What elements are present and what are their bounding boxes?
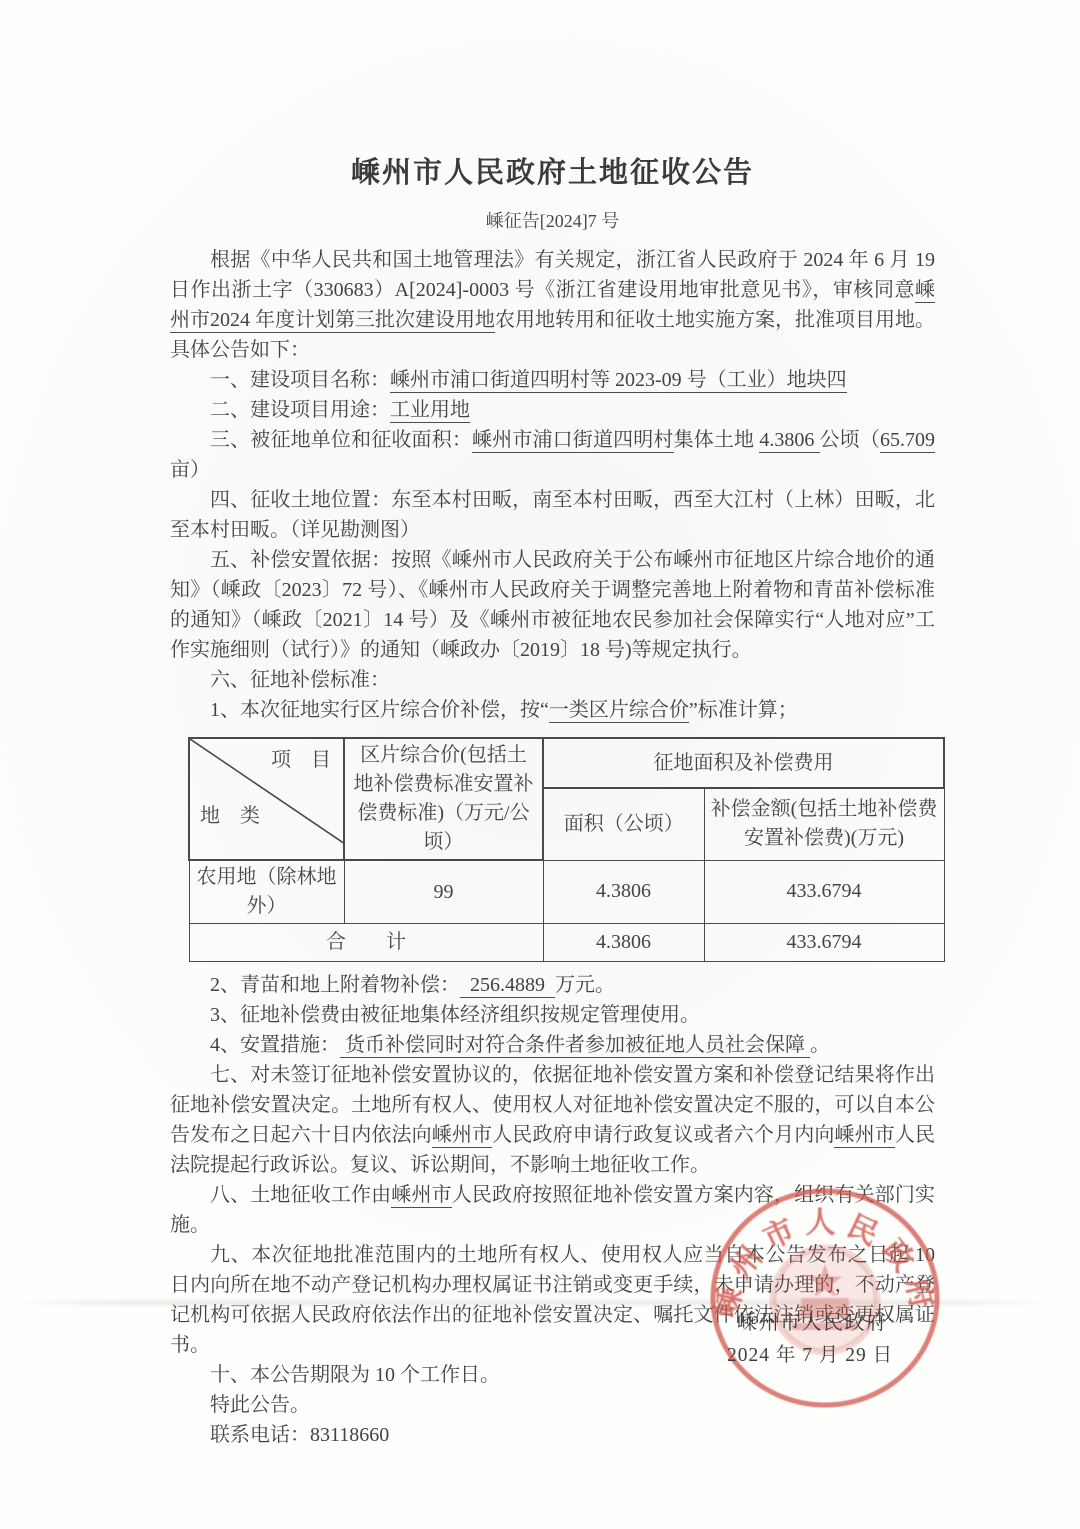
table-total-area: 4.3806 (543, 924, 704, 962)
table-header-land-type: 地 类 (200, 802, 260, 831)
text-segment: 3、征地补偿费由被征地集体经济组织按规定管理使用。 (210, 1004, 700, 1026)
text-segment-underlined: 65.709 (880, 429, 935, 453)
text-segment: 公顷（ (820, 429, 880, 451)
table-header-area: 面积（公顷） (543, 788, 704, 860)
para-project-use: 二、建设项目用途：工业用地 (170, 395, 935, 425)
table-cell-landtype: 农用地（除林地外） (189, 860, 344, 924)
para-project-name: 一、建设项目名称：嵊州市浦口街道四明村等 2023-09 号（工业）地块四 (170, 365, 935, 395)
page-title: 嵊州市人民政府土地征收公告 (170, 150, 935, 191)
table-header-diagonal: 项 目 地 类 (189, 738, 344, 860)
text-segment: 根据《中华人民共和国土地管理法》有关规定，浙江省人民政府于 2024 年 6 月… (170, 249, 935, 301)
compensation-table: 项 目 地 类 区片综合价(包括土地补偿费标准安置补偿费标准)（万元/公顷） 征… (188, 737, 945, 962)
text-segment-underlined: 一类区片综合价 (549, 699, 689, 723)
text-segment: 人民政府申请行政复议或者六个月内向 (492, 1124, 834, 1146)
para-intro: 根据《中华人民共和国土地管理法》有关规定，浙江省人民政府于 2024 年 6 月… (170, 245, 935, 365)
doc-number: 嵊征告[2024]7 号 (170, 207, 935, 233)
text-segment: 4、安置措施： (210, 1034, 340, 1056)
signature-date: 2024 年 7 月 29 日 (727, 1339, 893, 1367)
text-segment: 八、土地征收工作由 (210, 1184, 391, 1206)
text-segment-underlined: 工业用地 (390, 399, 470, 423)
text-segment-underlined: 货币补偿同时对符合条件者参加被征地人员社会保障 (340, 1034, 810, 1058)
para-expropriated-unit-area: 三、被征地单位和征收面积：嵊州市浦口街道四明村集体土地 4.3806 公顷（65… (170, 425, 935, 485)
announcement-page: 嵊州市人民政府土地征收公告 嵊征告[2024]7 号 根据《中华人民共和国土地管… (0, 0, 1080, 1529)
para-seedling-compensation: 2、青苗和地上附着物补偿： 256.4889 万元。 (170, 970, 935, 1000)
text-segment: 。 (810, 1034, 830, 1056)
para-compensation-standard-heading: 六、征地补偿标准： (170, 665, 935, 695)
text-segment-underlined: 嵊州市浦口街道四明村等 2023-09 号（工业）地块四 (390, 369, 847, 393)
text-segment: 二、建设项目用途： (210, 399, 390, 421)
text-segment-underlined: 嵊州市 (834, 1124, 894, 1148)
text-segment: 2、青苗和地上附着物补偿： (210, 974, 460, 996)
para-land-location: 四、征收土地位置：东至本村田畈，南至本村田畈，西至大江村（上林）田畈，北至本村田… (170, 485, 935, 545)
para-objection-rights: 七、对未签订征地补偿安置协议的，依据征地补偿安置方案和补偿登记结果将作出征地补偿… (170, 1060, 935, 1180)
table-total-amount: 433.6794 (704, 924, 944, 962)
table-total-label: 合 计 (189, 924, 543, 962)
text-segment: 十、本公告期限为 10 个工作日。 (210, 1364, 500, 1386)
text-segment-underlined: 嵊州市浦口街道四明村 (472, 429, 674, 453)
table-header-amount: 补偿金额(包括土地补偿费安置补偿费)(万元) (704, 788, 944, 860)
seal-emblem (773, 1248, 877, 1352)
text-segment: 集体土地 (674, 429, 760, 451)
text-segment: 一、建设项目名称： (210, 369, 390, 391)
text-segment-underlined: 256.4889 (460, 974, 555, 998)
para-resettlement-measures: 4、安置措施： 货币补偿同时对符合条件者参加被征地人员社会保障 。 (170, 1030, 935, 1060)
text-segment: ”标准计算； (689, 699, 798, 721)
table-header-project: 项 目 (271, 746, 331, 775)
para-contact-phone: 联系电话：83118660 (170, 1420, 935, 1450)
text-segment: 万元。 (555, 974, 615, 996)
text-segment: 特此公告。 (210, 1394, 310, 1416)
text-segment: 四、征收土地位置：东至本村田畈，南至本村田畈，西至大江村（上林）田畈，北至本村田… (170, 489, 935, 541)
text-segment-underlined: 4.3806 (759, 429, 819, 453)
text-segment: 三、被征地单位和征收面积： (210, 429, 472, 451)
text-segment: 联系电话：83118660 (210, 1424, 389, 1446)
table-header-merged: 征地面积及补偿费用 (543, 738, 944, 788)
text-segment-underlined: 嵊州市 (391, 1184, 451, 1208)
text-segment: 六、征地补偿标准： (210, 669, 390, 691)
signature-org: 嵊州市人民政府 (737, 1306, 888, 1335)
table-cell-area: 4.3806 (543, 860, 704, 924)
table-header-district-price: 区片综合价(包括土地补偿费标准安置补偿费标准)（万元/公顷） (344, 738, 543, 860)
text-segment: 亩） (170, 459, 210, 481)
para-district-price: 1、本次征地实行区片综合价补偿，按“一类区片综合价”标准计算； (170, 695, 935, 725)
para-fee-management: 3、征地补偿费由被征地集体经济组织按规定管理使用。 (170, 1000, 935, 1030)
table-cell-amount: 433.6794 (704, 860, 944, 924)
text-segment-underlined: 嵊州市 (432, 1124, 492, 1148)
official-seal: 嵊州市人民政府 (700, 1178, 950, 1418)
para-compensation-basis: 五、补偿安置依据：按照《嵊州市人民政府关于公布嵊州市征地区片综合地价的通知》（嵊… (170, 545, 935, 665)
text-segment: 五、补偿安置依据：按照《嵊州市人民政府关于公布嵊州市征地区片综合地价的通知》（嵊… (170, 549, 935, 661)
table-cell-price: 99 (344, 860, 543, 924)
text-segment: 1、本次征地实行区片综合价补偿，按“ (210, 699, 549, 721)
